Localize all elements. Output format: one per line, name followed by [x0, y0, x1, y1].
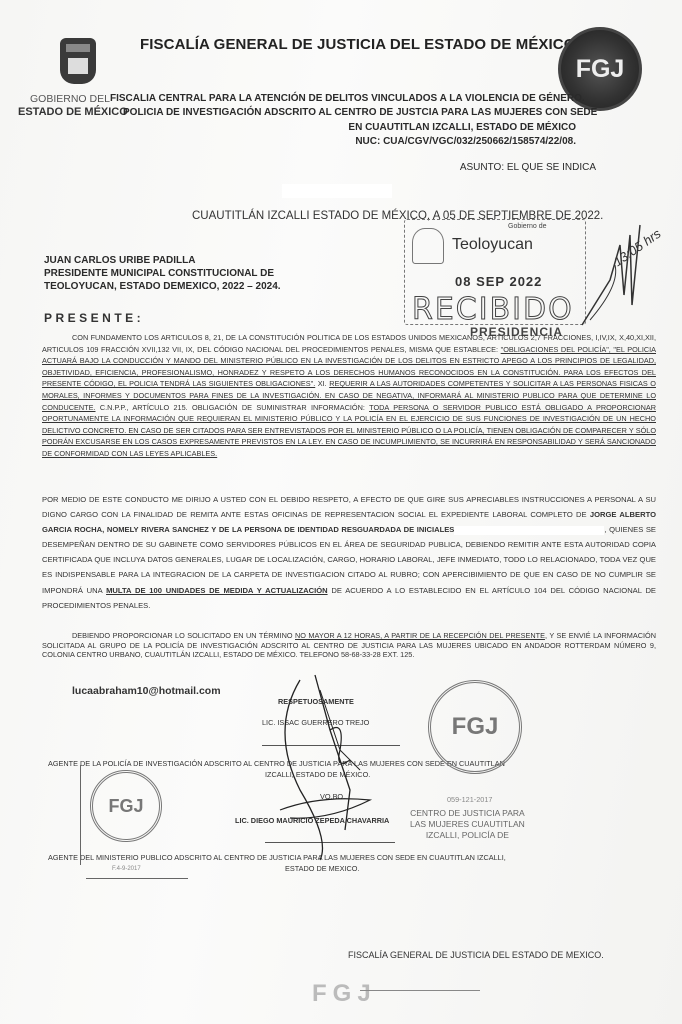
state-crest-icon — [60, 38, 96, 84]
addressee-role: PRESIDENTE MUNICIPAL CONSTITUCIONAL DE — [44, 267, 281, 280]
stamp-entity: Teoloyucan — [452, 236, 533, 254]
document-page: FISCALÍA GENERAL DE JUSTICIA DEL ESTADO … — [0, 0, 682, 1024]
footer-institution: FISCALÍA GENERAL DE JUSTICIA DEL ESTADO … — [348, 950, 604, 960]
government-label-line2: ESTADO DE MÉXICO — [18, 106, 128, 118]
salutation: PRESENTE: — [44, 311, 144, 325]
left-seal-underline — [86, 878, 188, 879]
addressee-name: JUAN CARLOS URIBE PADILLA — [44, 254, 281, 267]
addressee-place: TEOLOYUCAN, ESTADO DEMEXICO, 2022 – 2024… — [44, 280, 281, 293]
p2-fine: MULTA DE 100 UNIDADES DE MEDIDA Y ACTUAL… — [106, 586, 328, 595]
asunto-line: ASUNTO: EL QUE SE INDICA — [460, 162, 596, 173]
left-seal-bracket — [80, 765, 81, 865]
footer-fgj-mark: FGJ — [312, 980, 377, 1008]
p3-deadline: NO MAYOR A 12 HORAS, A PARTIR DE LA RECE… — [295, 631, 545, 640]
redacted-block — [282, 184, 392, 198]
left-seal-number: F.4-9-2017 — [112, 866, 141, 872]
stamp-entity-small: Gobierno de — [508, 223, 547, 230]
legal-basis-paragraph: CON FUNDAMENTO LOS ARTICULOS 8, 21, DE L… — [42, 332, 656, 460]
right-seal-caption: CENTRO DE JUSTICIA PARA LAS MUJERES CUAU… — [410, 808, 525, 841]
p2-part-2: , QUIENES SE DESEMPEÑAN DENTRO DE SU GAB… — [42, 525, 656, 594]
footer-rule — [360, 990, 480, 991]
stamp-signature-icon — [580, 225, 650, 335]
request-paragraph: POR MEDIO DE ESTE CONDUCTO ME DIRIJO A U… — [42, 492, 656, 613]
redacted-initials — [454, 526, 604, 535]
addressee-block: JUAN CARLOS URIBE PADILLA PRESIDENTE MUN… — [44, 254, 281, 293]
stamp-date: 08 SEP 2022 — [455, 274, 542, 289]
header-line-3: EN CUAUTITLAN IZCALLI, ESTADO DE MÉXICO — [348, 122, 576, 133]
stamp-received-word: RECIBIDO — [412, 292, 574, 327]
header-line-1: FISCALIA CENTRAL PARA LA ATENCIÓN DE DEL… — [110, 93, 585, 104]
p1-middle-1: XI. — [315, 379, 329, 388]
handwritten-signature-icon — [260, 670, 410, 870]
p2-part-1: POR MEDIO DE ESTE CONDUCTO ME DIRIJO A U… — [42, 495, 656, 519]
government-label-line1: GOBIERNO DEL — [30, 93, 110, 105]
right-seal-number: 059-121-2017 — [447, 795, 492, 804]
nuc-number: NUC: CUA/CGV/VGC/032/250662/158574/22/08… — [355, 136, 576, 147]
fgj-logo-text: FGJ — [576, 55, 625, 84]
institution-title: FISCALÍA GENERAL DE JUSTICIA DEL ESTADO … — [140, 36, 580, 53]
header-line-2: POLICIA DE INVESTIGACIÓN ADSCRITO AL CEN… — [123, 107, 597, 118]
contact-email: lucaabraham10@hotmail.com — [72, 685, 221, 697]
fgj-right-seal-icon: FGJ — [428, 680, 522, 774]
p1-middle-2: C.N.P.P., ARTÍCULO 215. OBLIGACIÓN DE SU… — [96, 403, 370, 412]
right-seal-caption-2: LAS MUJERES CUAUTITLAN — [410, 819, 525, 830]
right-seal-caption-3: IZCALLI, POLICÍA DE — [410, 830, 525, 841]
deadline-paragraph: DEBIENDO PROPORCIONAR LO SOLICITADO EN U… — [42, 631, 656, 660]
p3-part-1: DEBIENDO PROPORCIONAR LO SOLICITADO EN U… — [42, 631, 295, 640]
right-seal-text: FGJ — [452, 713, 499, 741]
left-seal-text: FGJ — [108, 796, 143, 817]
right-seal-caption-1: CENTRO DE JUSTICIA PARA — [410, 808, 525, 819]
municipal-emblem-icon — [412, 228, 444, 264]
fgj-left-seal-icon: FGJ — [90, 770, 162, 842]
